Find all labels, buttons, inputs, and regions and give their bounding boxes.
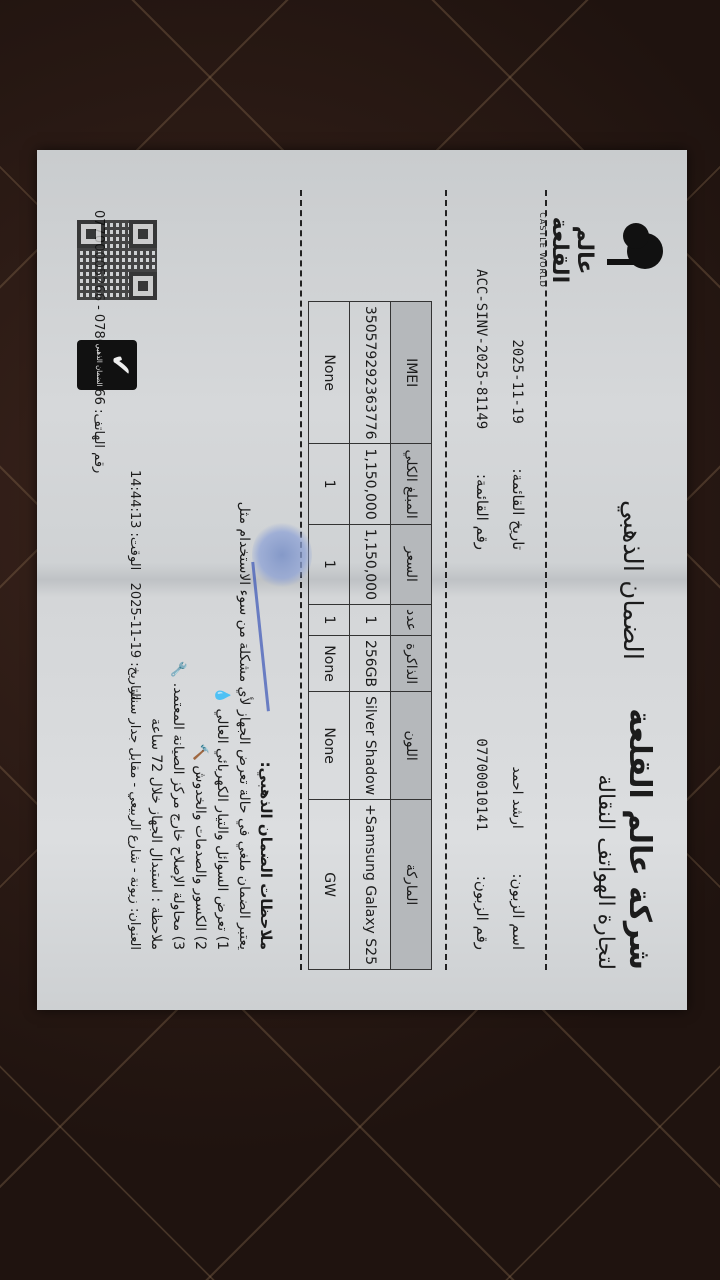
cell: 1,150,000	[350, 524, 391, 604]
broken-phone-icon: 🔨	[192, 744, 208, 761]
cell: 1	[309, 524, 350, 604]
cell: Silver Shadow	[350, 692, 391, 800]
customer-phone-value: 07700010141	[473, 738, 489, 831]
cell: GW	[309, 800, 350, 970]
cell: 350579292363776	[350, 301, 391, 444]
cell: None	[309, 692, 350, 800]
cell: 256GB	[350, 635, 391, 691]
wrench-icon: 🔧	[170, 661, 186, 678]
table-header-row: الماركة اللون الذاكرة عدد السعر المبلغ ا…	[391, 301, 432, 969]
qr-code-icon	[77, 220, 157, 300]
customer-name-row: اسم الزبون: ارشد احمد	[509, 767, 527, 950]
cell: 1	[309, 444, 350, 524]
notes-title: ملاحظات الضمان الذهبي:	[255, 210, 277, 950]
invoice-date-value: 2025-11-19	[509, 339, 525, 423]
company-name: شركة عالم القلعة	[622, 708, 657, 970]
address: العنوان: زيونة - شارع الربيعي - مقابل جد…	[127, 688, 142, 950]
warranty-notes: ملاحظات الضمان الذهبي: يعتبر الضمان ملغي…	[145, 210, 277, 950]
castle-logo: عالم القلعة CASTLE WORLD	[538, 190, 667, 310]
photo-background: شركة عالم القلعة لتجارة الهواتف النقالة …	[0, 0, 720, 1280]
col-total: المبلغ الكلي	[391, 444, 432, 524]
col-price: السعر	[391, 524, 432, 604]
invoice-date-label: تاريخ القائمة:	[509, 469, 527, 550]
invoice-number-row: رقم القائمة: ACC-SINV-2025-81149	[473, 269, 491, 550]
invoice-number-label: رقم القائمة:	[473, 474, 491, 550]
note-item-2: 2) الكسور والصدمات والخدوش 🔨	[189, 210, 211, 950]
table-row: +Samsung Galaxy S25 Silver Shadow 256GB …	[350, 301, 391, 969]
castle-logo-icon	[597, 215, 667, 285]
logo-name: عالم القلعة	[547, 190, 597, 310]
print-datetime: التاريخ: 2025-11-19 الوقت: 14:44:13	[127, 470, 142, 700]
invoice-date-row: تاريخ القائمة: 2025-11-19	[509, 339, 527, 550]
cell: 1	[309, 605, 350, 636]
receipt-header: شركة عالم القلعة لتجارة الهواتف النقالة …	[547, 190, 657, 970]
table-row: GW None None 1 1 1 None	[309, 301, 350, 969]
customer-invoice-info: اسم الزبون: ارشد احمد رقم الزبون: 077000…	[457, 210, 527, 950]
customer-phone-label: رقم الزبون:	[473, 876, 491, 950]
col-memory: الذاكرة	[391, 635, 432, 691]
cell: 1,150,000	[350, 444, 391, 524]
col-imei: IMEI	[391, 301, 432, 444]
warranty-receipt: شركة عالم القلعة لتجارة الهواتف النقالة …	[37, 150, 687, 1010]
note-item-1: 1) تعرض السوائل والتيار الكهربائي العالي…	[211, 210, 233, 950]
customer-name-label: اسم الزبون:	[509, 874, 527, 951]
col-qty: عدد	[391, 605, 432, 636]
divider	[445, 190, 447, 970]
cell: +Samsung Galaxy S25	[350, 800, 391, 970]
divider	[545, 190, 547, 970]
water-drop-icon: 💧	[214, 687, 230, 704]
customer-name-value: ارشد احمد	[509, 767, 525, 829]
note-item-3: 3) محاولة الإصلاح خارج مركز الصيانة المع…	[167, 210, 189, 950]
golden-warranty-badge-icon: ✔ الضمان الذهبي	[77, 340, 137, 390]
company-block: شركة عالم القلعة لتجارة الهواتف النقالة	[593, 708, 657, 970]
invoice-number-value: ACC-SINV-2025-81149	[473, 269, 489, 429]
cell: 1	[350, 605, 391, 636]
receipt-footer: العنوان: زيونة - شارع الربيعي - مقابل جد…	[82, 210, 142, 950]
col-color: اللون	[391, 692, 432, 800]
customer-phone-row: رقم الزبون: 07700010141	[473, 738, 491, 950]
col-brand: الماركة	[391, 800, 432, 970]
document-title: الضمان الذهبي	[617, 500, 647, 660]
notes-footnote: ملاحظة : استبدال الجهاز خلال 72 ساعة	[145, 210, 167, 950]
cell: None	[309, 635, 350, 691]
cell: None	[309, 301, 350, 444]
company-subtitle: لتجارة الهواتف النقالة	[593, 708, 618, 970]
notes-intro: يعتبر الضمان ملغي في حالة تعرض الجهاز لأ…	[233, 210, 255, 950]
items-table: الماركة اللون الذاكرة عدد السعر المبلغ ا…	[308, 301, 432, 970]
